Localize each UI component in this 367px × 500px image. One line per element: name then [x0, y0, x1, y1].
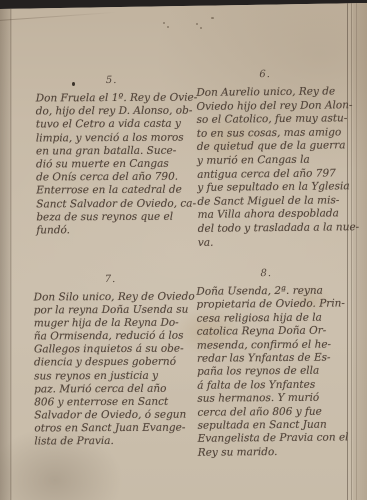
- manuscript-line: sus hermanos. Y murió: [197, 392, 357, 407]
- manuscript-entry-6: 6. Don Aurelio unico, Rey deOviedo hijo …: [196, 68, 356, 250]
- manuscript-line: 806 y enterrose en Sanct: [34, 395, 188, 409]
- ink-speck: [200, 27, 202, 29]
- manuscript-line: Salvador de Oviedo, ó segun: [34, 408, 188, 422]
- manuscript-line: so el Catolico, fue muy astu-: [197, 112, 355, 127]
- manuscript-line: Don Aurelio unico, Rey de: [196, 85, 354, 100]
- manuscript-line: Enterrose en la catedral de: [36, 184, 188, 198]
- manuscript-line: do, hijo del rey D. Alonso, ob-: [36, 105, 188, 119]
- manuscript-line: fundó.: [36, 224, 188, 238]
- manuscript-line: por la reyna Doña Usenda su: [34, 304, 188, 318]
- ink-speck: [163, 22, 165, 24]
- entry-text: Don Fruela el 1º. Rey de Ovie-do, hijo d…: [36, 92, 189, 238]
- manuscript-line: mesenda, confirmó el he-: [197, 338, 357, 353]
- manuscript-line: limpia, y venció a los moros: [36, 131, 188, 145]
- manuscript-line: propietaria de Oviedo. Prin-: [196, 298, 356, 313]
- manuscript-line: Don Silo unico, Rey de Oviedo: [34, 291, 188, 305]
- left-edge-shadow: [0, 0, 10, 500]
- manuscript-entry-5: 5. Don Fruela el 1º. Rey de Ovie-do, hij…: [36, 75, 189, 238]
- manuscript-line: otros en Sanct Juan Evange-: [34, 422, 188, 436]
- entry-number: 8.: [186, 267, 346, 280]
- fold-crease-left: [10, 0, 12, 500]
- ink-speck: [211, 17, 214, 19]
- manuscript-line: paz. Murió cerca del año: [34, 382, 188, 396]
- manuscript-line: va.: [198, 235, 356, 250]
- entry-number: 6.: [186, 68, 344, 82]
- entry-text: Don Silo unico, Rey de Oviedopor la reyn…: [34, 291, 189, 449]
- manuscript-line: dió su muerte en Cangas: [36, 158, 188, 172]
- manuscript-line: sus reynos en justicia y: [34, 369, 188, 383]
- manuscript-line: á falta de los Ynfantes: [197, 378, 357, 393]
- manuscript-line: y fue sepultado en la Yglesia: [197, 180, 355, 195]
- ink-speck: [167, 26, 169, 28]
- manuscript-line: sepultada en Sanct Juan: [197, 418, 357, 433]
- manuscript-line: lista de Pravia.: [34, 435, 188, 449]
- manuscript-line: de quietud que de la guerra: [197, 140, 355, 155]
- corner-crease: [0, 12, 116, 21]
- entry-text: Don Aurelio unico, Rey deOviedo hijo del…: [196, 85, 356, 250]
- entry-number: 7.: [34, 274, 188, 287]
- manuscript-line: de Onís cerca del año 790.: [36, 171, 188, 185]
- manuscript-line: Don Fruela el 1º. Rey de Ovie-: [36, 92, 188, 106]
- manuscript-line: Sanct Salvador de Oviedo, ca-: [36, 197, 188, 211]
- manuscript-line: diencia y despues gobernó: [34, 356, 188, 370]
- manuscript-entry-7: 7. Don Silo unico, Rey de Oviedopor la r…: [34, 274, 189, 449]
- ink-speck: [196, 23, 198, 25]
- manuscript-line: Doña Usenda, 2ª. reyna: [196, 284, 356, 299]
- scan-background: { "document": { "kind": "handwritten-man…: [0, 0, 367, 500]
- manuscript-line: muger hija de la Reyna Do-: [34, 317, 188, 331]
- manuscript-line: ña Ormisenda, redució á los: [34, 330, 188, 344]
- manuscript-line: Evangelista de Pravia con el: [198, 432, 358, 447]
- manuscript-page: 5. Don Fruela el 1º. Rey de Ovie-do, hij…: [0, 0, 367, 500]
- manuscript-line: Rey su marido.: [198, 445, 358, 460]
- entry-text: Doña Usenda, 2ª. reynapropietaria de Ovi…: [196, 284, 358, 460]
- manuscript-line: en una gran batalla. Suce-: [36, 144, 188, 158]
- manuscript-line: tuvo el Cetro a vida casta y: [36, 118, 188, 132]
- manuscript-line: redar las Ynfantas de Es-: [197, 351, 357, 366]
- manuscript-line: catolica Reyna Doña Or-: [197, 325, 357, 340]
- manuscript-line: paña los reynos de ella: [197, 365, 357, 380]
- manuscript-line: cesa religiosa hija de la: [197, 311, 357, 326]
- entry-number: 5.: [36, 75, 188, 88]
- manuscript-entry-8: 8. Doña Usenda, 2ª. reynapropietaria de …: [196, 267, 358, 460]
- manuscript-line: beza de sus reynos que el: [36, 210, 188, 224]
- manuscript-line: del todo y trasladada a la nue-: [198, 221, 356, 236]
- manuscript-line: cerca del año 806 y fue: [197, 405, 357, 420]
